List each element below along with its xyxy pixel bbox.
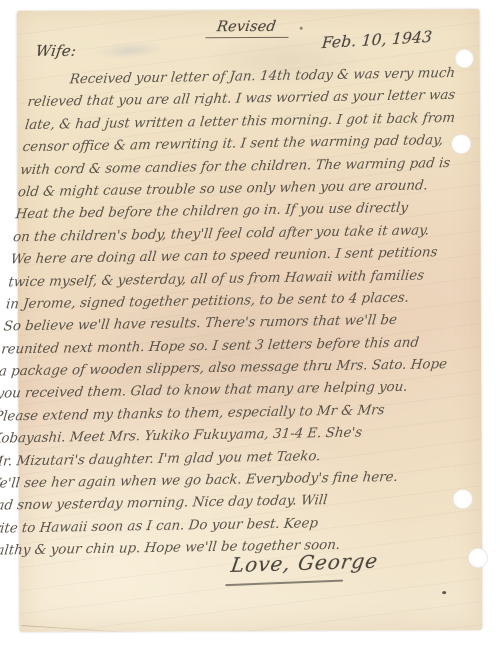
signature-flourish <box>225 580 343 586</box>
paper-sheet: Revised Feb. 10, 1943 Wife: Received you… <box>17 9 483 632</box>
bleedthrough-smudge <box>94 40 165 61</box>
punch-hole <box>455 49 474 68</box>
scan-background: Revised Feb. 10, 1943 Wife: Received you… <box>0 0 500 649</box>
revision-heading-text: Revised <box>205 19 291 38</box>
signature: Love, George <box>229 548 380 577</box>
ink-dot <box>300 27 303 30</box>
ink-speck <box>442 591 446 594</box>
punch-hole <box>451 134 471 154</box>
paper-crease <box>21 625 141 634</box>
salutation: Wife: <box>35 42 78 60</box>
punch-hole <box>453 489 473 509</box>
punch-hole <box>468 548 488 568</box>
letter-body: Received your letter of Jan. 14th today … <box>0 63 467 564</box>
